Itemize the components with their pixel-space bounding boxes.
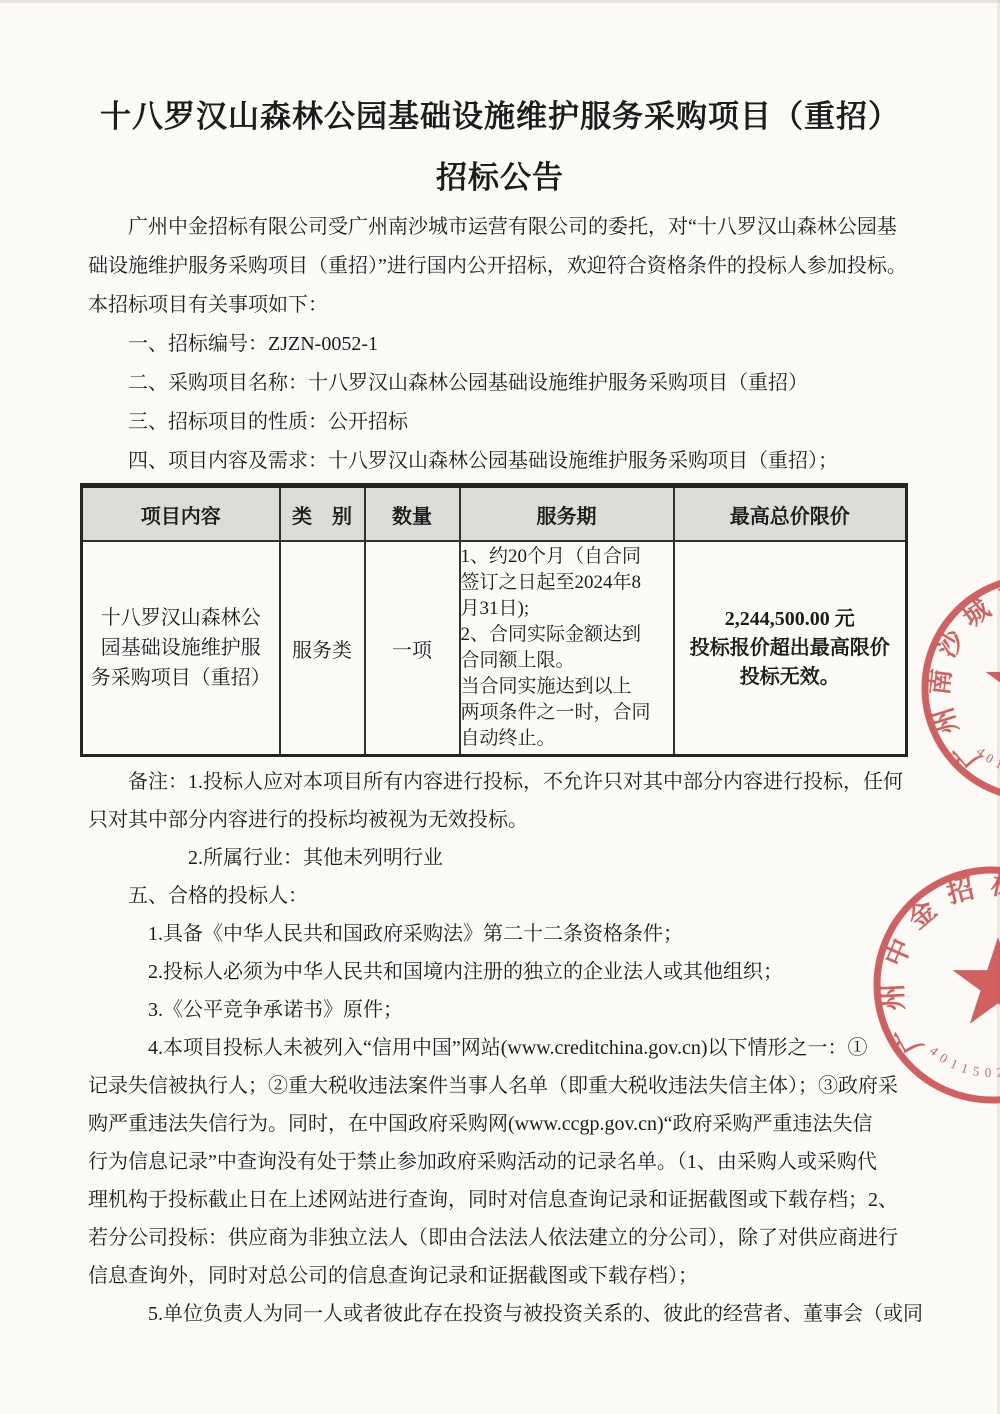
scanned-document-page: { "doc": { "title_lines": [ "十八罗汉山森林公园基础…	[0, 0, 1000, 1414]
category-cell: 服务类	[280, 541, 365, 756]
note-industry-line: 2.所属行业：其他未列明行业	[88, 839, 912, 877]
intro-line: 广州中金招标有限公司受广州南沙城市运营有限公司的委托，对“十八罗汉山森林公园基	[88, 208, 912, 247]
col-header-service-period: 服务期	[460, 486, 674, 542]
requirement-line-1: 1.具备《中华人民共和国政府采购法》第二十二条资格条件；	[88, 915, 912, 953]
service-period-line: 当合同实施达到以上	[461, 674, 673, 700]
col-header-quantity: 数量	[365, 486, 460, 542]
requirement-line-5: 5.单位负责人为同一人或者彼此存在投资与被投资关系的、彼此的经营者、董事会（或同	[88, 1295, 912, 1333]
service-period-line: 月31日);	[461, 596, 673, 622]
requirement-line-4-cont: 行为信息记录”中查询没有处于禁止参加政府采购活动的记录名单。（1、由采购人或采购…	[88, 1143, 912, 1181]
document-body: 广州中金招标有限公司受广州南沙城市运营有限公司的委托，对“十八罗汉山森林公园基 …	[0, 208, 1000, 1333]
note-line: 只对其中部分内容进行的投标均被视为无效投标。	[88, 801, 912, 839]
quantity-cell: 一项	[365, 541, 460, 756]
list-item-tender-nature: 三、招标项目的性质：公开招标	[88, 403, 912, 442]
document-page: 十八罗汉山森林公园基础设施维护服务采购项目（重招） 招标公告 广州中金招标有限公…	[0, 0, 1000, 1414]
list-item-project-name: 二、采购项目名称：十八罗汉山森林公园基础设施维护服务采购项目（重招）	[88, 364, 912, 403]
project-name-line: 园基础设施维护服	[83, 633, 279, 663]
requirement-line-4-cont: 记录失信被执行人；②重大税收违法案件当事人名单（即重大税收违法失信主体）；③政府…	[88, 1067, 912, 1105]
table-header-row: 项目内容 类 别 数量 服务期 最高总价限价	[82, 486, 907, 542]
max-price-note-line: 投标报价超出最高限价	[675, 634, 906, 663]
project-name-line: 务采购项目（重招）	[83, 663, 279, 693]
requirement-line-4: 4.本项目投标人未被列入“信用中国”网站(www.creditchina.gov…	[88, 1029, 912, 1067]
title-line-2: 招标公告	[0, 147, 1000, 208]
section-qualified-bidders: 五、合格的投标人：	[88, 877, 912, 915]
requirement-line-4-cont: 购严重违法失信行为。同时，在中国政府采购网(www.ccgp.gov.cn)“政…	[88, 1105, 912, 1143]
requirement-line-3: 3.《公平竞争承诺书》原件；	[88, 991, 912, 1029]
title-line-1: 十八罗汉山森林公园基础设施维护服务采购项目（重招）	[0, 86, 1000, 147]
intro-line: 础设施维护服务采购项目（重招）”进行国内公开招标，欢迎符合资格条件的投标人参加投…	[88, 247, 912, 286]
intro-line: 本招标项目有关事项如下：	[88, 286, 912, 325]
col-header-project-content: 项目内容	[82, 486, 280, 542]
max-price-cell: 2,244,500.00 元 投标报价超出最高限价 投标无效。	[674, 541, 907, 756]
service-period-line: 自动终止。	[461, 726, 673, 752]
service-period-line: 签订之日起至2024年8	[461, 570, 673, 596]
note-line: 备注：1.投标人应对本项目所有内容进行投标，不允许只对其中部分内容进行投标，任何	[88, 763, 912, 801]
max-price-amount: 2,244,500.00 元	[675, 605, 906, 634]
project-name-line: 十八罗汉山森林公	[83, 603, 279, 633]
service-period-line: 两项条件之一时，合同	[461, 700, 673, 726]
service-period-line: 1、约20个月（自合同	[461, 544, 673, 570]
requirement-line-2: 2.投标人必须为中华人民共和国境内注册的独立的企业法人或其他组织；	[88, 953, 912, 991]
service-period-cell: 1、约20个月（自合同 签订之日起至2024年8 月31日); 2、合同实际金额…	[460, 541, 674, 756]
requirement-line-4-cont: 信息查询外，同时对总公司的信息查询记录和证据截图或下载存档）；	[88, 1257, 912, 1295]
requirement-line-4-cont: 若分公司投标：供应商为非独立法人（即由合法法人依法建立的分公司），除了对供应商进…	[88, 1219, 912, 1257]
procurement-table: 项目内容 类 别 数量 服务期 最高总价限价 十八罗汉山森林公 园基础设施维护服…	[80, 483, 908, 757]
list-item-tender-number: 一、招标编号：ZJZN-0052-1	[88, 325, 912, 364]
project-name-cell: 十八罗汉山森林公 园基础设施维护服 务采购项目（重招）	[82, 541, 280, 756]
requirement-line-4-cont: 理机构于投标截止日在上述网站进行查询，同时对信息查询记录和证据截图或下载存档；2…	[88, 1181, 912, 1219]
service-period-line: 2、合同实际金额达到	[461, 622, 673, 648]
col-header-category: 类 别	[280, 486, 365, 542]
service-period-line: 合同额上限。	[461, 648, 673, 674]
page-title: 十八罗汉山森林公园基础设施维护服务采购项目（重招） 招标公告	[0, 0, 1000, 208]
table-row: 十八罗汉山森林公 园基础设施维护服 务采购项目（重招） 服务类 一项 1、约20…	[82, 541, 907, 756]
max-price-note-line: 投标无效。	[675, 663, 906, 692]
col-header-max-price: 最高总价限价	[674, 486, 907, 542]
list-item-project-content: 四、项目内容及需求：十八罗汉山森林公园基础设施维护服务采购项目（重招）；	[88, 442, 912, 481]
